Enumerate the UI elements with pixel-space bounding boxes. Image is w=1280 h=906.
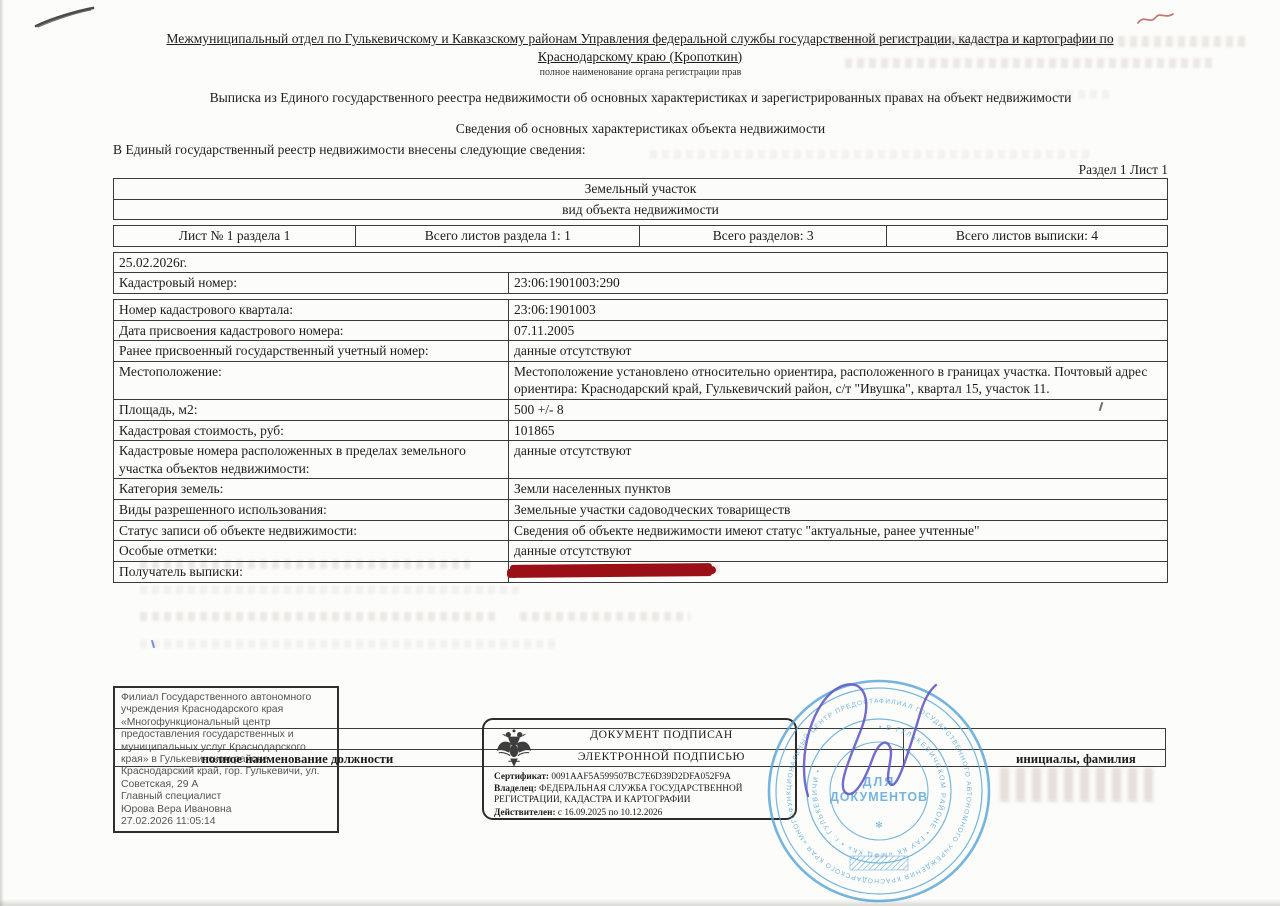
esign-certificate-value: 0091AAF5A599507BC7E6D39D2DFA052F9A	[551, 772, 731, 782]
row-label: Виды разрешенного использования:	[114, 500, 509, 520]
electronic-signature-box: ДОКУМЕНТ ПОДПИСАН ЭЛЕКТРОННОЙ ПОДПИСЬЮ С…	[482, 718, 797, 820]
object-type-table: Земельный участок вид объекта недвижимос…	[113, 178, 1168, 220]
esign-title-line1: ДОКУМЕНТ ПОДПИСАН	[532, 728, 791, 741]
row-value: 23:06:1901003	[509, 300, 1167, 320]
esign-certificate: Сертификат: 0091AAF5A599507BC7E6D39D2DFA…	[494, 772, 789, 783]
row-label: Особые отметки:	[114, 541, 509, 561]
bleedthrough-ghost	[140, 640, 560, 648]
scan-edge-shadow-left	[0, 0, 4, 906]
sheet-cell: Всего листов выписки: 4	[887, 226, 1167, 246]
stamp-hatch-block	[850, 856, 908, 870]
mfc-line: 27.02.2026 11:05:14	[121, 816, 331, 828]
row-label: Номер кадастрового квартала:	[114, 300, 509, 320]
esign-validity-value: с 16.09.2025 по 10.12.2026	[558, 808, 662, 818]
document-subtitle: Сведения об основных характеристиках объ…	[113, 121, 1168, 137]
mfc-line: Главный специалист	[121, 791, 331, 803]
row-value: Земельные участки садоводческих товарище…	[509, 500, 1167, 520]
row-value: Сведения об объекте недвижимости имеют с…	[509, 521, 1167, 541]
row-label: Статус записи об объекте недвижимости:	[114, 521, 509, 541]
table-row: Категория земель: Земли населенных пункт…	[114, 478, 1167, 499]
double-eagle-emblem-icon	[495, 727, 533, 769]
table-row: Кадастровая стоимость, руб: 101865	[114, 420, 1167, 441]
sheet-cell: Всего листов раздела 1: 1	[356, 226, 640, 246]
esign-title-line2: ЭЛЕКТРОННОЙ ПОДПИСЬЮ	[532, 750, 791, 763]
row-label: Площадь, м2:	[114, 400, 509, 420]
esign-owner-label: Владелец:	[494, 784, 537, 794]
stamp-star-glyph: ✻	[875, 820, 883, 830]
extract-date: 25.02.2026г.	[114, 253, 192, 273]
pencil-stroke-mark	[33, 4, 97, 30]
table-row: Площадь, м2: 500 +/- 8	[114, 399, 1167, 420]
row-label: Кадастровый номер:	[114, 273, 509, 293]
bleedthrough-ghost	[140, 612, 500, 621]
row-label: Ранее присвоенный государственный учетны…	[114, 341, 509, 361]
section-sheet-label: Раздел 1 Лист 1	[868, 162, 1168, 178]
document-title: Выписка из Единого государственного реес…	[113, 90, 1168, 106]
sheet-cell: Всего разделов: 3	[640, 226, 886, 246]
mfc-line: учреждения Краснодарского края	[121, 704, 331, 716]
mfc-line: Юрова Вера Ивановна	[121, 804, 331, 816]
table-row: Дата присвоения кадастрового номера: 07.…	[114, 320, 1167, 341]
esign-validity: Действителен: с 16.09.2025 по 10.12.2026	[494, 808, 789, 819]
row-value: данные отсутствуют	[509, 341, 1167, 361]
attributes-table: Номер кадастрового квартала: 23:06:19010…	[113, 299, 1168, 583]
table-row: Кадастровые номера расположенных в преде…	[114, 440, 1167, 478]
object-type: Земельный участок	[114, 179, 1167, 199]
row-value: 500 +/- 8	[509, 400, 1167, 420]
row-value: данные отсутствуют	[509, 441, 1167, 478]
row-value: 07.11.2005	[509, 321, 1167, 341]
name-caption: инициалы, фамилия	[1016, 752, 1166, 767]
row-value: 101865	[509, 421, 1167, 441]
row-value: 23:06:1901003:290	[509, 273, 1167, 293]
row-label: Получатель выписки:	[114, 562, 509, 582]
row-label: Кадастровые номера расположенных в преде…	[114, 441, 509, 478]
bleedthrough-ghost-large	[1000, 768, 1155, 802]
row-value: Местоположение установлено относительно …	[509, 362, 1167, 399]
mfc-line: Краснодарский край, гор. Гулькевичи, ул.	[121, 766, 331, 778]
esign-certificate-label: Сертификат:	[494, 772, 549, 782]
intro-text: В Единый государственный реестр недвижим…	[113, 142, 1013, 158]
table-row: Статус записи об объекте недвижимости: С…	[114, 520, 1167, 541]
position-caption: полное наименование должности	[113, 752, 482, 767]
authority-name-caption: полное наименование органа регистрации п…	[113, 67, 1168, 78]
table-row: Номер кадастрового квартала: 23:06:19010…	[114, 300, 1167, 320]
bleedthrough-ghost	[520, 612, 690, 621]
row-label: Категория земель:	[114, 479, 509, 499]
table-row: Особые отметки: данные отсутствуют	[114, 540, 1167, 561]
table-row: Виды разрешенного использования: Земельн…	[114, 499, 1167, 520]
row-label: Кадастровая стоимость, руб:	[114, 421, 509, 441]
esign-validity-label: Действителен:	[494, 808, 556, 818]
scan-edge-shadow-bottom	[0, 899, 1280, 906]
object-type-caption: вид объекта недвижимости	[114, 200, 1167, 220]
date-cadastral-table: 25.02.2026г. Кадастровый номер: 23:06:19…	[113, 252, 1168, 294]
row-value	[509, 562, 1167, 582]
table-row: Ранее присвоенный государственный учетны…	[114, 340, 1167, 361]
row-label: Дата присвоения кадастрового номера:	[114, 321, 509, 341]
row-label: Местоположение:	[114, 362, 509, 399]
red-scribble-mark	[1136, 8, 1178, 32]
row-value: данные отсутствуют	[509, 541, 1167, 561]
registration-authority-name: Межмуниципальный отдел по Гулькевичскому…	[140, 30, 1140, 65]
mfc-line: Филиал Государственного автономного	[121, 692, 331, 704]
characteristics-tables: Земельный участок вид объекта недвижимос…	[113, 178, 1168, 588]
sheet-cell: Лист № 1 раздела 1	[114, 226, 356, 246]
scanned-egrn-extract-page: Межмуниципальный отдел по Гулькевичскому…	[0, 0, 1280, 906]
table-row: Получатель выписки:	[114, 561, 1167, 582]
mfc-line: Советская, 29 А	[121, 779, 331, 791]
redaction-marker	[510, 563, 712, 578]
table-row: Местоположение: Местоположение установле…	[114, 361, 1167, 399]
sheet-counts-table: Лист № 1 раздела 1 Всего листов раздела …	[113, 225, 1168, 247]
handwritten-signature	[790, 668, 955, 813]
esign-owner: Владелец: ФЕДЕРАЛЬНАЯ СЛУЖБА ГОСУДАРСТВЕ…	[494, 784, 789, 807]
row-value: Земли населенных пунктов	[509, 479, 1167, 499]
